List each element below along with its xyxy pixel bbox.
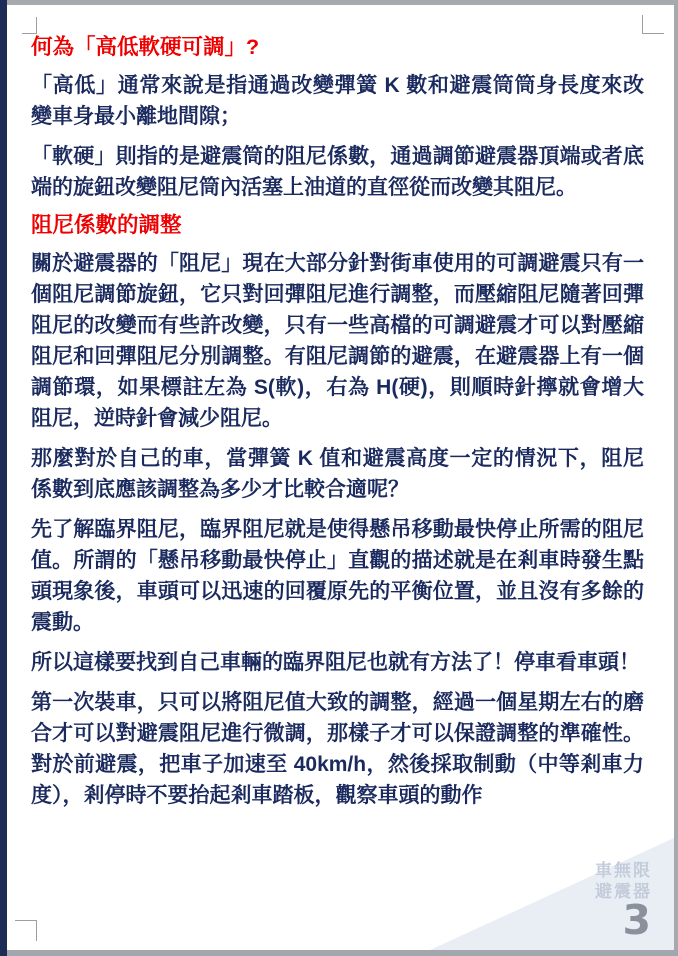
text-boundary-mark-top-right [642, 15, 664, 34]
brand-watermark-line1: 車無限 [595, 860, 652, 881]
paragraph-question: 那麼對於自己的車，當彈簧 K 值和避震高度一定的情況下，阻尼係數到底應該調整為多… [31, 443, 644, 505]
paragraph-damping-knob: 關於避震器的「阻尼」現在大部分針對街車使用的可調避震只有一個阻尼調節旋鈕，它只對… [31, 248, 644, 434]
paragraph-critical-damping: 先了解臨界阻尼，臨界阻尼就是使得懸吊移動最快停止所需的阻尼值。所謂的「懸吊移動最… [31, 514, 644, 638]
page-number: 3 [622, 898, 651, 942]
article-content: 何為「高低軟硬可調」? 「高低」通常來說是指通過改變彈簧 K 數和避震筒筒身長度… [31, 34, 644, 820]
paragraph-first-install: 第一次裝車，只可以將阻尼值大致的調整，經過一個星期左右的磨合才可以對避震阻尼進行… [31, 687, 644, 811]
document-page: 車無限 避震器 3 何為「高低軟硬可調」? 「高低」通常來說是指通過改變彈簧 K… [0, 0, 678, 956]
page-border-top [0, 0, 678, 5]
paragraph-method: 所以這樣要找到自己車輛的臨界阻尼也就有方法了！停車看車頭！ [31, 647, 644, 678]
paragraph-damping-definition: 「軟硬」則指的是避震筒的阻尼係數，通過調節避震器頂端或者底端的旋鈕改變阻尼筒內活… [31, 141, 644, 203]
text-boundary-mark-bottom-left [15, 920, 37, 941]
paragraph-height-definition: 「高低」通常來說是指通過改變彈簧 K 數和避震筒筒身長度來改變車身最小離地間隙； [31, 70, 644, 132]
section-heading-damping-adjustment: 阻尼係數的調整 [31, 212, 644, 239]
page-border-bottom [0, 950, 678, 956]
left-accent-bar [0, 0, 7, 956]
page-border-right [674, 0, 678, 956]
section-heading-adjustable: 何為「高低軟硬可調」? [31, 34, 644, 61]
text-boundary-mark-top-left [22, 17, 37, 34]
